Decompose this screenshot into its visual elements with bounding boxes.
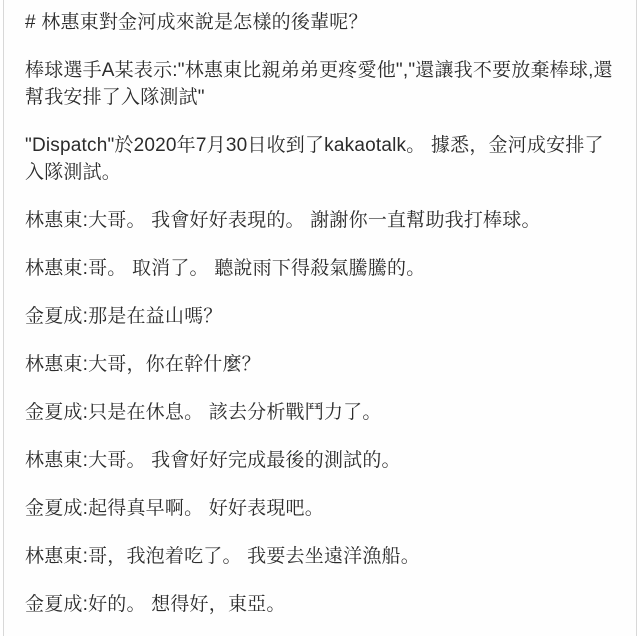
chat-line: 金夏成:只是在休息。 該去分析戰鬥力了。 — [25, 399, 618, 426]
chat-line: 金夏成:好的。 想得好，東亞。 — [25, 591, 618, 618]
paragraph-dispatch: "Dispatch"於2020年7月30日收到了kakaotalk。 據悉，金河… — [25, 132, 618, 186]
paragraph-quote: 棒球選手A某表示:"林惠東比親弟弟更疼愛他","還讓我不要放棄棒球,還幫我安排了… — [25, 57, 618, 111]
article-title: # 林惠東對金河成來說是怎樣的後輩呢？ — [25, 9, 618, 36]
chat-line: 金夏成:那是在益山嗎？ — [25, 303, 618, 330]
chat-line: 林惠東:大哥，你在幹什麼？ — [25, 351, 618, 378]
chat-line: 林惠東:哥，我泡着吃了。 我要去坐遠洋漁船。 — [25, 543, 618, 570]
chat-line: 林惠東:大哥。 我會好好表現的。 謝謝你一直幫助我打棒球。 — [25, 207, 618, 234]
chat-line: 林惠東:大哥。 我會好好完成最後的測試的。 — [25, 447, 618, 474]
chat-line: 林惠東:哥。 取消了。 聽說雨下得殺氣騰騰的。 — [25, 255, 618, 282]
chat-line: 金夏成:起得真早啊。 好好表現吧。 — [25, 495, 618, 522]
article-page: # 林惠東對金河成來說是怎樣的後輩呢？ 棒球選手A某表示:"林惠東比親弟弟更疼愛… — [3, 0, 637, 636]
